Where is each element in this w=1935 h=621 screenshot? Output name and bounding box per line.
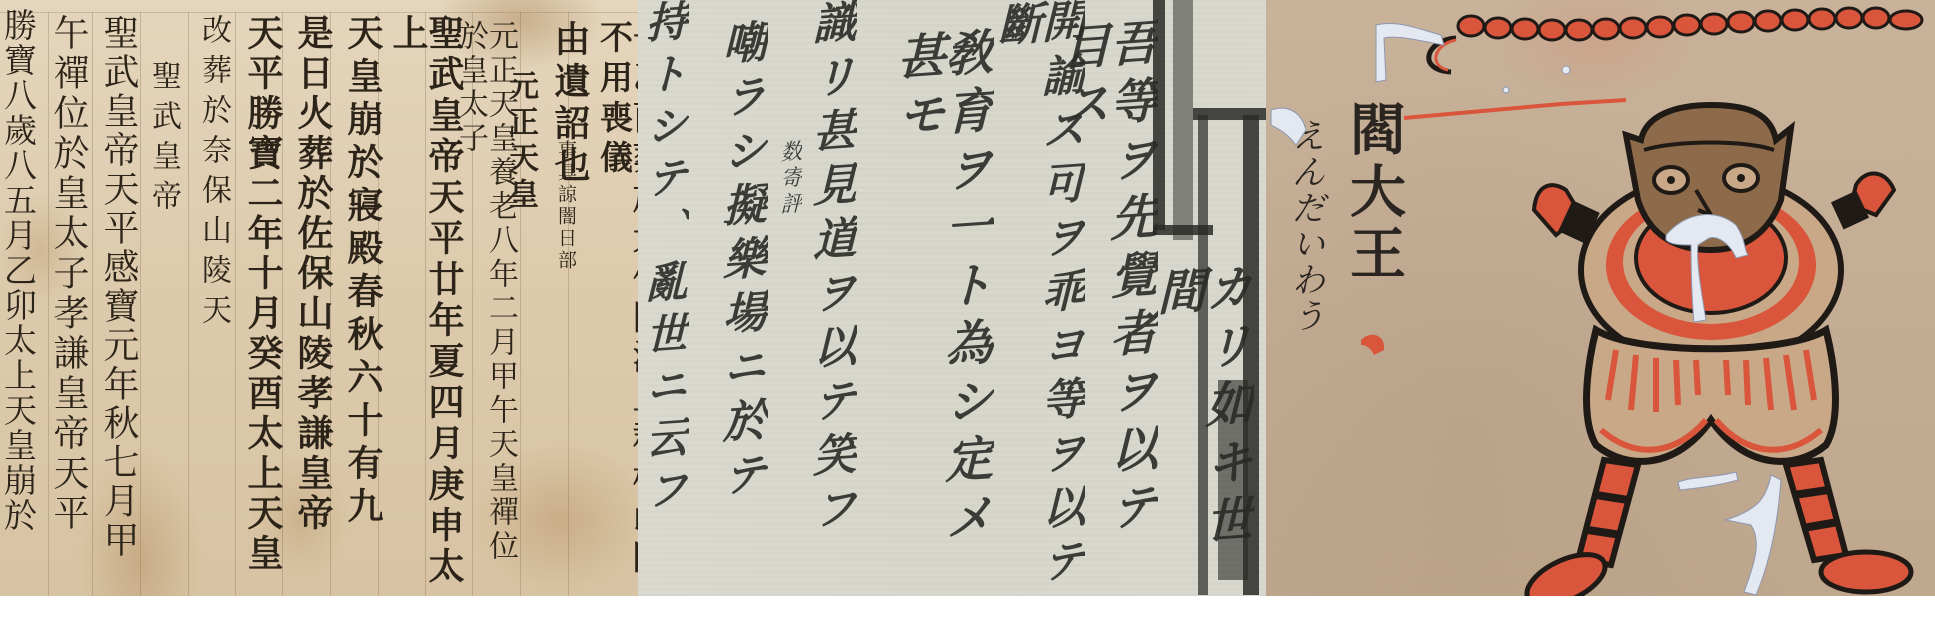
brush-stroke (1173, 0, 1193, 240)
text-column: 勝寶八歲八五月乙卯太上天皇崩於 (2, 8, 35, 533)
cursive-column: 開諭ス可ヲ乖ヨ等ヲ以テ斷 (993, 0, 1081, 596)
figure-pants (1587, 330, 1836, 461)
right-shoe (1821, 552, 1911, 592)
figure-left-leg (1519, 460, 1638, 596)
manuscript-collage: 一乙酉葬於大倭國添上郡椎山陵不用喪儀 由遺詔也 事具諒闇日部 元正天皇 元正天皇… (0, 0, 1935, 596)
kaisho-manuscript-panel: 一乙酉葬於大倭國添上郡椎山陵不用喪儀 由遺詔也 事具諒闇日部 元正天皇 元正天皇… (0, 0, 638, 596)
brush-stroke (1218, 380, 1248, 580)
text-column: 改葬於奈保山陵天 (198, 14, 228, 334)
text-column: 聖武皇帝天平廿年夏四月庚申太上 (390, 14, 462, 596)
text-column: 午禪位於皇太子孝謙皇帝天平 (50, 14, 86, 534)
enma-figure-illustration (1266, 0, 1935, 596)
cursive-column: 敎育ヲ一ト為シ定メ甚モ (893, 27, 989, 596)
heading-column: 聖武皇帝 (148, 60, 178, 220)
column-rule (188, 12, 189, 596)
figure-right-arm (1831, 174, 1894, 230)
illustration-panel: 閻大王 えんだいわう (1266, 0, 1935, 596)
text-column: 天平勝寶二年十月癸酉太上天皇 (245, 14, 281, 574)
rope-chain-border (1458, 8, 1922, 40)
column-rule (140, 12, 141, 596)
brush-stroke (1198, 115, 1208, 595)
text-column: 是日火葬於佐保山陵孝謙皇帝 (295, 14, 331, 534)
sosho-manuscript-panel: カリ如キ世間 吾等ヲ先覺者ヲ以テ目ス 開諭ス可ヲ乖ヨ等ヲ以テ斷 敎育ヲ一ト為シ定… (638, 0, 1266, 596)
red-pointer-line (1404, 100, 1626, 118)
brush-stroke (1153, 0, 1165, 230)
cursive-column: 嘲ラシ擬樂場ニ於テ (718, 18, 762, 507)
text-column: 天皇崩於寢殿春秋六十有九 (345, 14, 381, 530)
column-rule (92, 12, 93, 596)
marginal-note: 数寄評 (778, 139, 800, 219)
red-seal-mark (1361, 335, 1384, 355)
cursive-column: 持トシテ、亂世ニ云フ (643, 0, 685, 521)
text-column: 聖武皇帝天平感寶元年秋七月甲 (100, 14, 136, 560)
bottom-white-margin (0, 596, 1935, 621)
column-rule (235, 12, 236, 596)
ruled-top-line (0, 12, 638, 13)
figure-right-leg (1786, 460, 1911, 592)
annotation-column: 事具諒闇日部 (556, 140, 575, 272)
text-column: 一乙酉葬於大倭國添上郡椎山陵不用喪儀 (598, 20, 638, 596)
cursive-column: 識リ甚見道ヲ以テ笑フ (808, 0, 852, 542)
